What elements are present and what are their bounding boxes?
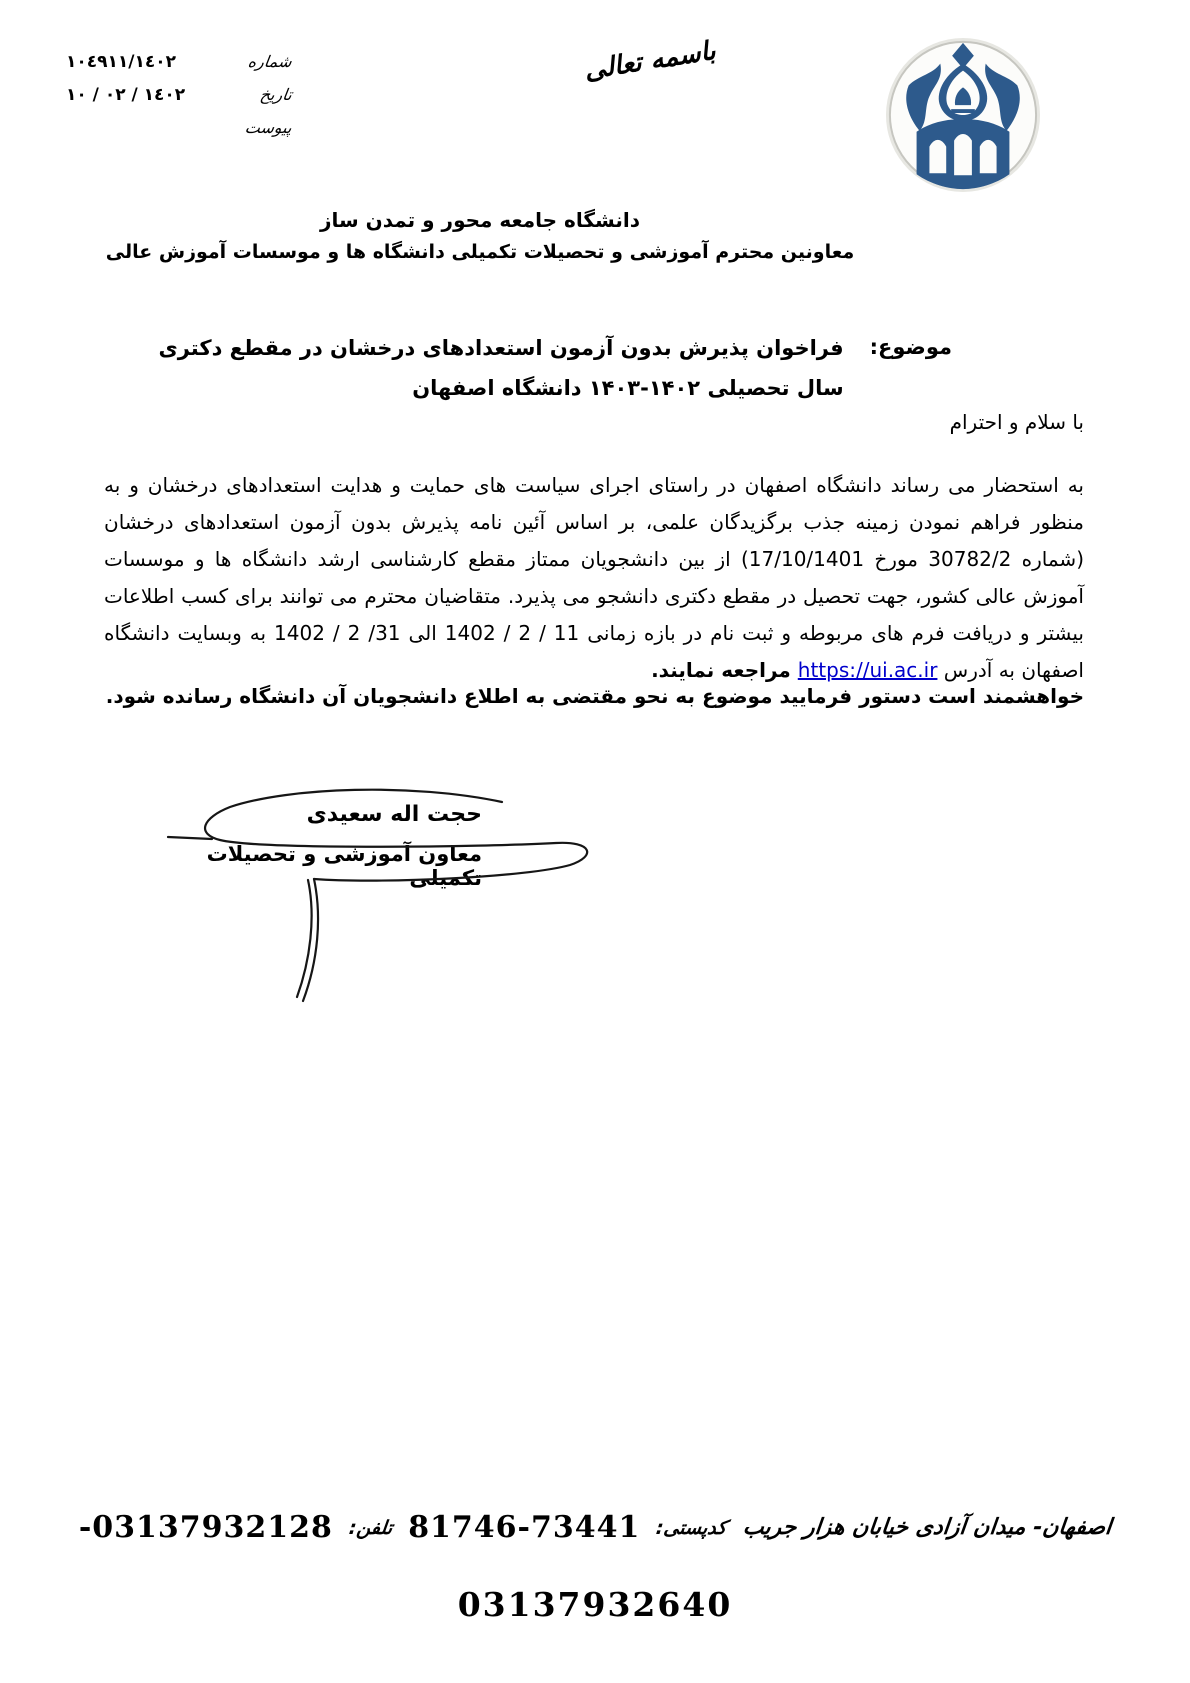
- subject-line-2: سال تحصیلی ۱۴۰۲-۱۴۰۳ دانشگاه اصفهان: [412, 376, 843, 400]
- bismillah-heading: باسمه تعالی: [537, 29, 763, 94]
- closing-line: خواهشمند است دستور فرمایید موضوع به نحو …: [106, 684, 1084, 708]
- subject-lines: فراخوان پذیرش بدون آزمون استعدادهای درخش…: [158, 328, 843, 408]
- ref-number-row: شماره ١٠٤٩١١/١٤٠٢: [66, 52, 292, 72]
- signature-name: حجت اله سعیدی: [142, 802, 482, 827]
- signature-title: معاون آموزشی و تحصیلات تکمیلی: [142, 842, 482, 890]
- postal-code-value: 81746-73441: [408, 1510, 640, 1545]
- salutation-line: با سلام و احترام: [950, 410, 1084, 434]
- letterhead-block: دانشگاه جامعه محور و تمدن ساز معاونین مح…: [90, 208, 870, 263]
- body-text-after-link: مراجعه نمایند.: [651, 658, 798, 682]
- university-motto: دانشگاه جامعه محور و تمدن ساز: [90, 208, 870, 232]
- letter-page: شماره ١٠٤٩١١/١٤٠٢ تاریخ ١٤٠٢ / ٠٢ / ١٠ پ…: [0, 0, 1190, 1683]
- ref-number-value: ١٠٤٩١١/١٤٠٢: [66, 52, 176, 72]
- signature-block: حجت اله سعیدی معاون آموزشی و تحصیلات تکم…: [142, 802, 482, 890]
- footer-address: اصفهان- میدان آزادی خیابان هزار جریب: [742, 1515, 1113, 1540]
- date-value: ١٤٠٢ / ٠٢ / ١٠: [66, 85, 185, 105]
- footer-contact-line: اصفهان- میدان آزادی خیابان هزار جریب کدپ…: [60, 1510, 1130, 1545]
- addressee-line: معاونین محترم آموزشی و تحصیلات تکمیلی دا…: [90, 241, 870, 263]
- date-label: تاریخ: [259, 85, 294, 104]
- ref-number-label: شماره: [247, 52, 293, 71]
- subject-block: موضوع: فراخوان پذیرش بدون آزمون استعداده…: [158, 328, 952, 408]
- university-logo-svg: [884, 36, 1042, 194]
- postal-code-label: کدپستی:: [655, 1517, 728, 1539]
- header-meta-block: شماره ١٠٤٩١١/١٤٠٢ تاریخ ١٤٠٢ / ٠٢ / ١٠ پ…: [66, 52, 292, 150]
- phone-label: تلفن:: [348, 1517, 394, 1539]
- attachment-label: پیوست: [244, 118, 293, 137]
- phone-number-2: 03137932640: [0, 1585, 1190, 1624]
- body-paragraph: به استحضار می رساند دانشگاه اصفهان در را…: [104, 467, 1084, 689]
- subject-label: موضوع:: [870, 328, 952, 366]
- subject-line-1: فراخوان پذیرش بدون آزمون استعدادهای درخش…: [158, 336, 843, 360]
- date-row: تاریخ ١٤٠٢ / ٠٢ / ١٠: [66, 85, 292, 105]
- body-text-before-link: به استحضار می رساند دانشگاه اصفهان در را…: [104, 473, 1084, 682]
- phone-number-1: 03137932128-: [79, 1510, 333, 1545]
- website-link[interactable]: https://ui.ac.ir: [798, 658, 938, 682]
- university-logo-icon: [884, 36, 1042, 194]
- attachment-row: پیوست: [66, 118, 292, 137]
